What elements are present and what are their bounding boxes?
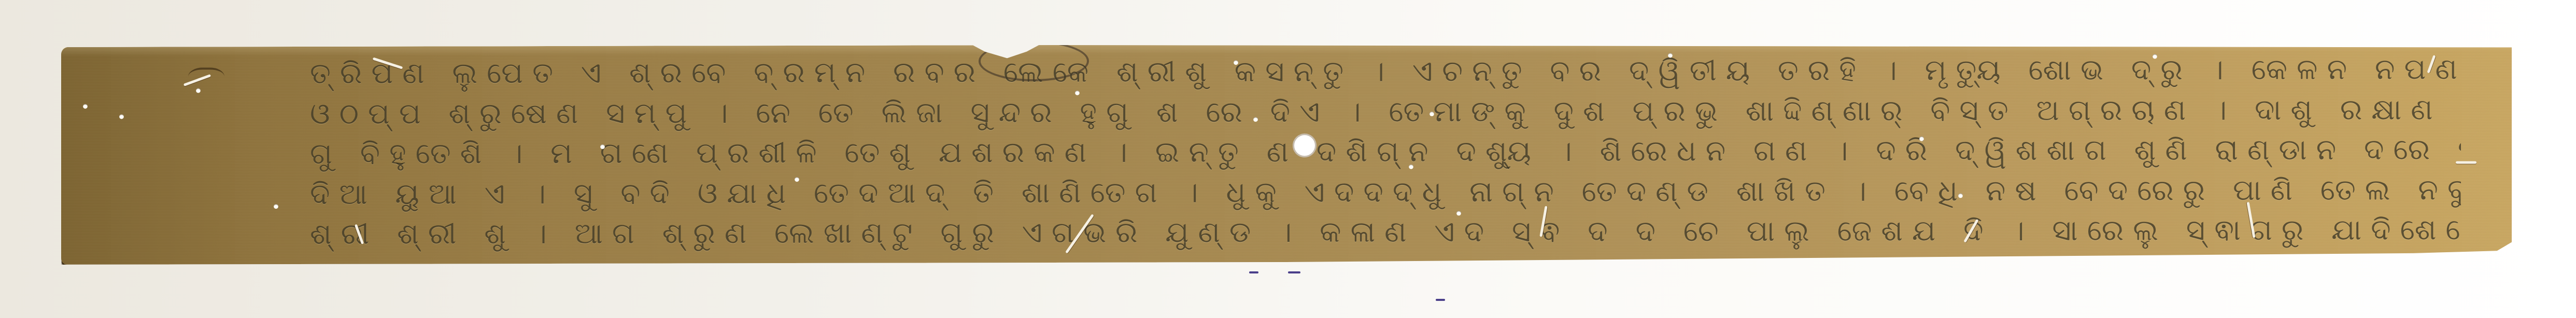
manuscript-line-1: ତ୍ରିପଣ ଲୁପେତ ଏ ଶ୍ରବେ ବ୍ରମ୍ନ ରବର ଲେକେ ଶ୍ର… bbox=[310, 51, 2461, 92]
worm-hole bbox=[274, 204, 278, 209]
worm-hole bbox=[1253, 117, 1258, 122]
worm-hole bbox=[196, 88, 201, 93]
worm-hole bbox=[1668, 53, 1673, 57]
scanner-mark bbox=[1288, 271, 1300, 273]
insect-damage bbox=[2456, 161, 2476, 164]
palm-leaf-manuscript: ତ୍ରିପଣ ଲୁପେତ ଏ ଶ୍ରବେ ବ୍ରମ୍ନ ରବର ଲେକେ ଶ୍ର… bbox=[61, 42, 2512, 265]
scanner-mark bbox=[1436, 299, 1445, 301]
manuscript-text: ତ୍ରିପଣ ଲୁପେତ ଏ ଶ୍ରବେ ବ୍ରମ୍ନ ରବର ଲେକେ ଶ୍ର… bbox=[310, 51, 2461, 253]
worm-hole bbox=[83, 104, 88, 109]
worm-hole bbox=[1456, 211, 1461, 215]
scanner-mark bbox=[1249, 271, 1258, 273]
worm-hole bbox=[1075, 91, 1080, 95]
manuscript-line-5: ଶ୍ରୀ ଶ୍ରୀ ଶୁ । ଆଗ ଶ୍ରୁଣ ଲେଖାଣ୍ଟୁ ଗୁରୁ ଏଗ… bbox=[310, 212, 2461, 253]
margin-damage-mark bbox=[188, 67, 224, 90]
worm-hole bbox=[1429, 111, 1434, 116]
worm-hole bbox=[1919, 136, 1924, 141]
manuscript-line-2: ଓଠପ୍ପ ଶ୍ରୁଷେଣ ସମ୍ପୁ । ନେ ତେ ଲିଜା ସୁନ୍ଦର … bbox=[310, 92, 2461, 133]
worm-hole bbox=[1409, 164, 1413, 169]
worm-hole bbox=[119, 114, 124, 119]
worm-hole bbox=[2153, 54, 2157, 59]
manuscript-line-4: ଦିଆ ୟୁଆ ଏ । ସୁ ବଦି ଓଯାଧି ତେଦଆଦ୍ ତି ଶାଣିତ… bbox=[310, 172, 2461, 213]
worm-hole bbox=[1234, 60, 1238, 65]
manuscript-line-3: ଗୁ ବିହୁତେଶି । ମ ଗଣେ ପ୍ରଶୀଳି ତେଶୁ ଯଶରକଣ ।… bbox=[310, 132, 2461, 172]
worm-hole bbox=[600, 144, 605, 149]
worm-hole bbox=[795, 177, 799, 182]
string-hole bbox=[1293, 134, 1317, 157]
worm-hole bbox=[1958, 193, 1963, 198]
